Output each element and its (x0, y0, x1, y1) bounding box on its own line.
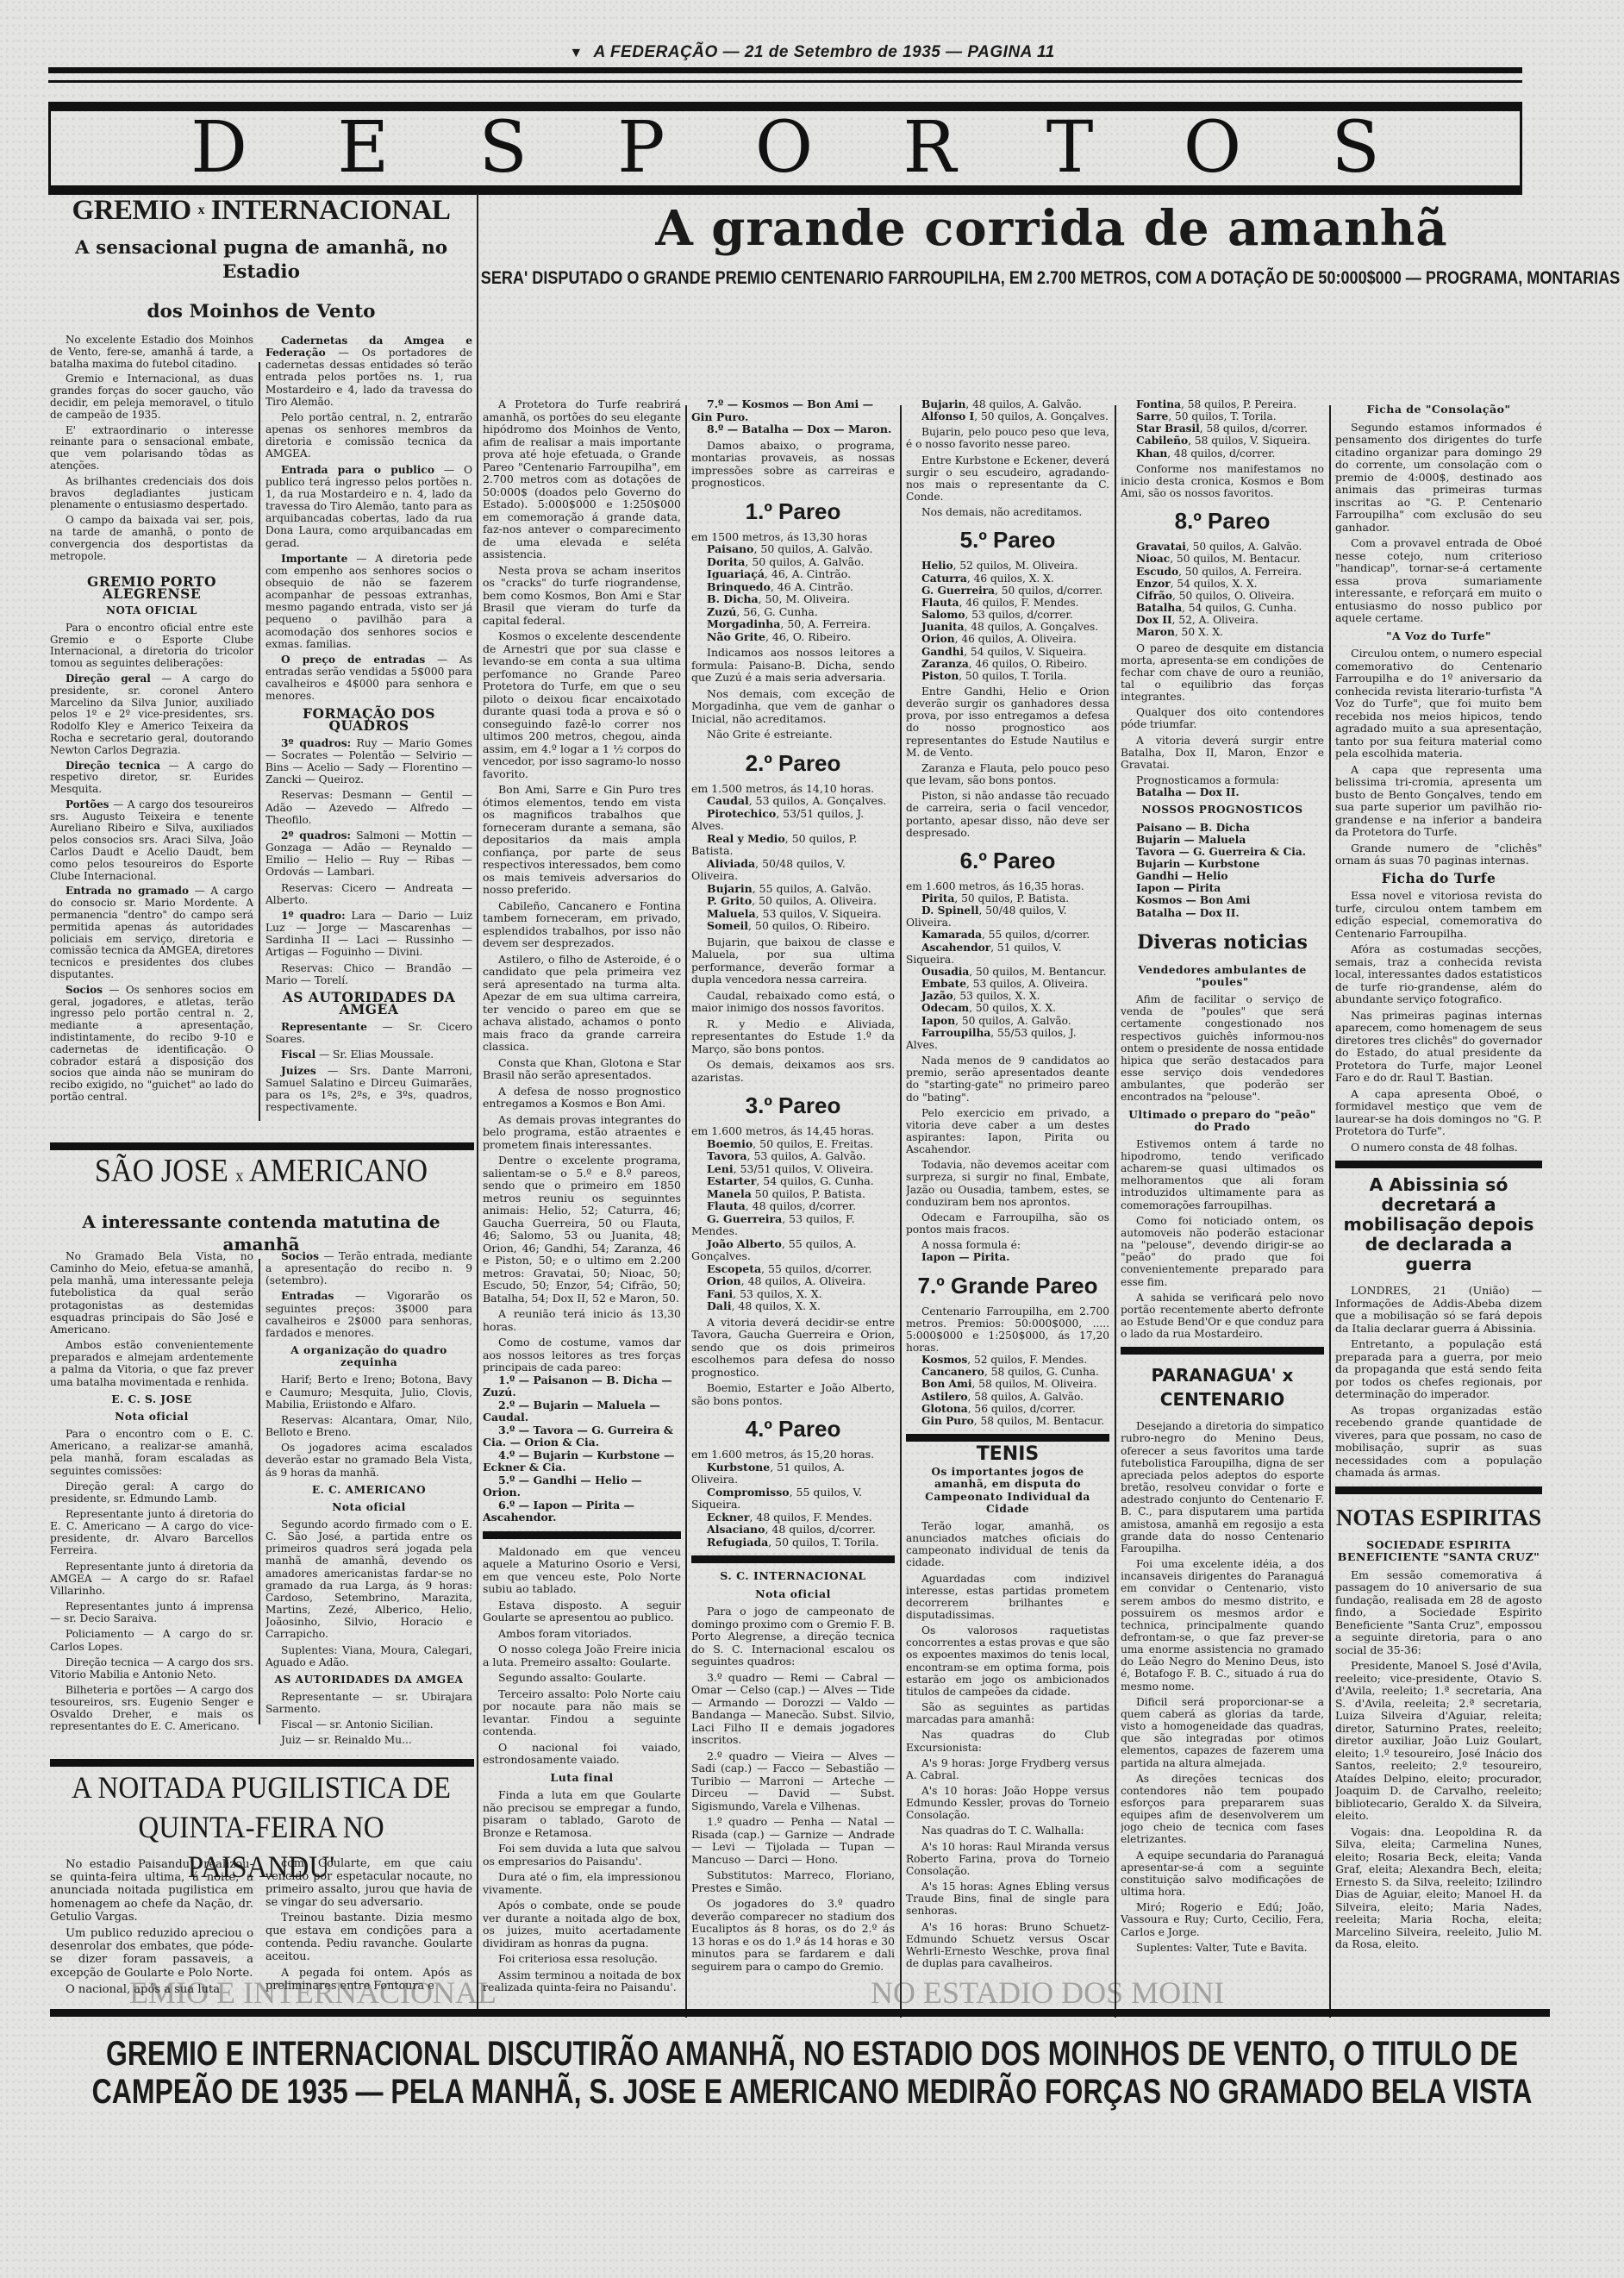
horse-name: Maluela (707, 907, 756, 920)
horse-entry: Fontina, 58 quilos, P. Pereira. (1121, 398, 1324, 410)
boxe-paragraph: Treinou bastante. Dizia mesmo que estava… (265, 1912, 472, 1963)
paranagua-paragraph: A equipe secundaria do Paranaguá apresen… (1121, 1849, 1324, 1899)
club-heading: E. C. S. JOSE (50, 1393, 253, 1405)
horse-entry: Bujarin, 48 quilos, A. Galvão. (906, 398, 1109, 410)
horse-name: Real y Medio (707, 832, 785, 845)
horse-name: Caudal (707, 794, 749, 807)
horse-entry: Real y Medio, 50 quilos, P. Batista. (691, 833, 895, 858)
horse-entry: Ascahendor, 51 quilos, V. Siqueira. (906, 942, 1109, 966)
deliberation-item: O preço de entradas — As entradas serão … (265, 654, 472, 703)
deliberation-item: Pelo portão central, n. 2, entrarão apen… (265, 411, 472, 460)
horse-name: Zuzú (707, 605, 736, 618)
column-divider (259, 1259, 260, 1724)
horse-name: P. Grito (707, 894, 752, 907)
horse-name: Refugiada (707, 1536, 768, 1549)
corrida-column-3: Bujarin, 48 quilos, A. Galvão.Alfonso I,… (906, 398, 1109, 2002)
horse-name: Flauta (707, 1199, 746, 1212)
horse-name: Fani (707, 1287, 733, 1300)
horse-entry: Aliviada, 50/48 quilos, V. Oliveira. (691, 858, 895, 883)
horse-entry: Enzor, 54 quilos, X. X. (1121, 578, 1324, 590)
tres-forcas-item: 7.º — Kosmos — Bon Ami — Gin Puro. (691, 398, 895, 423)
pareo-note: Entre Kurbstone e Eckener, deverá surgir… (906, 454, 1109, 504)
horse-entry: G. Guerreira, 50 quilos, d/correr. (906, 585, 1109, 597)
tenis-paragraph: São as seguintes as partidas marcadas pa… (906, 1701, 1109, 1725)
horse-name: Pirita (921, 892, 954, 904)
column-divider (1329, 405, 1331, 2018)
horse-name: Brinquedo (707, 580, 771, 593)
article-paragraph: E' extraordinario o interesse reinante p… (50, 425, 253, 472)
horse-entry: Farroupilha, 55/53 quilos, J. Alves. (906, 1027, 1109, 1051)
horse-name: Paisano (707, 542, 753, 555)
tres-forcas-item: 4.º — Bujarin — Kurbstone — Eckner & Cia… (483, 1449, 681, 1474)
team-reserves: Reservas: Desmann — Gentil — Adão — Azev… (265, 789, 472, 825)
horse-entry: Iguariaçá, 46, A. Cintrão. (691, 568, 895, 581)
boxe-paragraph: Maldonado em que venceu aquele a Maturin… (483, 1546, 681, 1596)
commission-item: Bilheteria e portões — A cargo dos tesou… (50, 1684, 253, 1733)
nota-intro: Para o encontro com o E. C. Americano, a… (50, 1428, 253, 1477)
horse-name: Ascahendor (921, 942, 990, 954)
team-lineup: 2.º quadro — Vieira — Alves — Sadi (cap.… (691, 1750, 895, 1813)
prognostico-item: Bujarin — Maluela (1121, 834, 1324, 846)
horse-entry: Iapon, 50 quilos, A. Galvão. (906, 1015, 1109, 1027)
ficha-paragraph: Afóra as costumadas secções, semais, tra… (1335, 943, 1542, 1006)
boxe-paragraph: Após o combate, onde se poude ver durant… (483, 1899, 681, 1949)
nota-heading: Nota oficial (691, 1588, 895, 1601)
run-in-label: Juizes (281, 1065, 316, 1077)
horse-entry: B. Dicha, 50, M. Oliveira. (691, 593, 895, 606)
gremio-inter-column-b: Cadernetas da Amgea e Federação — Os por… (265, 335, 472, 1119)
horse-name: Kurbstone (707, 1461, 770, 1474)
pareo-note: Boemio, Estarter e João Alberto, são bon… (691, 1382, 895, 1407)
run-in-label: Cadernetas da Amgea e Federação (265, 335, 472, 359)
run-in-label: 2º quadros: (281, 829, 351, 842)
peao-paragraph: Estivemos ontem á tarde no hipodromo, te… (1121, 1138, 1324, 1211)
tres-forcas-item: 6.º — Iapon — Pirita — Ascahendor. (483, 1499, 681, 1524)
horse-entry: Astilero, 58 quilos, A. Galvão. (906, 1391, 1109, 1403)
run-in-label: 3º quadros: (281, 737, 351, 749)
horse-entry: Dorita, 50 quilos, A. Galvão. (691, 556, 895, 569)
horse-entry: Star Brasil, 58 quilos, d/correr. (1121, 422, 1324, 435)
run-in-label: 1º quadro: (281, 910, 346, 922)
horse-entry: Cabileño, 58 quilos, V. Siqueira. (1121, 435, 1324, 447)
team-lineup: Substitutos: Marreco, Floriano, Prestes … (691, 1869, 895, 1894)
commission-item: Policiamento — A cargo do sr. Carlos Lop… (50, 1628, 253, 1652)
horse-entry: G. Guerreira, 53 quilos, F. Mendes. (691, 1213, 895, 1238)
running-head-text: A FEDERAÇÃO — 21 de Setembro de 1935 — P… (594, 43, 1055, 61)
tres-forcas-item: 8.º — Batalha — Dox — Maron. (691, 423, 895, 436)
horse-entry: Helio, 52 quilos, M. Oliveira. (906, 560, 1109, 572)
americano-paragraph: Segundo acordo firmado com o E. C. São J… (265, 1518, 472, 1641)
nota-heading: Nota oficial (265, 1501, 472, 1513)
info-item: Entradas — Vigorarão os seguintes preços… (265, 1290, 472, 1339)
corrida-column-5: Ficha de "Consolação"Segundo estamos inf… (1335, 398, 1542, 2002)
article-paragraph: Gremio e Internacional, as duas grandes … (50, 373, 253, 421)
horse-name: Orion (707, 1274, 741, 1287)
pareo-heading: 8.º Pareo (1121, 506, 1324, 535)
pareo-note: Bujarin, que baixou de classe e Maluela,… (691, 936, 895, 986)
horse-entry: Sarre, 50 quilos, T. Torila. (1121, 410, 1324, 422)
deliberation-item: Cadernetas da Amgea e Federação — Os por… (265, 335, 472, 408)
pareo-note: A vitoria deverá decidir-se entre Tavora… (691, 1317, 895, 1380)
deliberation-item: Entrada para o publico — O publico terá … (265, 464, 472, 549)
corrida-paragraph: Consta que Khan, Glotona e Star Brasil n… (483, 1057, 681, 1082)
tres-forcas-item: 5.º — Gandhi — Helio — Orion. (483, 1474, 681, 1499)
pareo-formula: Batalha — Dox II. (1121, 786, 1324, 798)
show-through-text: NO ESTADIO DOS MOINI (871, 1974, 1224, 2011)
horse-entry: Brinquedo, 46 A. Cintrão. (691, 581, 895, 594)
nota-intro: Para o encontro oficial entre este Gremi… (50, 623, 253, 670)
tenis-heading: TENIS (906, 1449, 1109, 1461)
tres-forcas-item: 2.º — Bujarin — Maluela — Caudal. (483, 1399, 681, 1424)
horse-name: Gandhi (921, 646, 964, 658)
deliberation-item: Entrada no gramado — A cargo do consocio… (50, 886, 253, 980)
horse-entry: Kamarada, 55 quilos, d/correr. (906, 929, 1109, 941)
horse-entry: Gandhi, 54 quilos, V. Siqueira. (906, 646, 1109, 658)
section-rule (483, 1531, 681, 1539)
horse-entry: Jazão, 53 quilos, X. X. (906, 990, 1109, 1002)
horse-entry: João Alberto, 55 quilos, A. Gonçalves. (691, 1238, 895, 1263)
prognostico-item: Batalha — Dox II. (1121, 907, 1324, 919)
triangle-marker-icon: ▼ (569, 46, 583, 60)
horse-entry: Alfonso I, 50 quilos, A. Gonçalves. (906, 410, 1109, 422)
horse-name: Iapon (921, 1015, 955, 1027)
official-item: Fiscal — Sr. Elias Moussale. (265, 1048, 472, 1061)
paranagua-paragraph: Desejando a diretoria do simpatico rubro… (1121, 1420, 1324, 1555)
horse-entry: Dox II, 52, A. Oliveira. (1121, 614, 1324, 626)
team-lineup: Os jogadores do 3.º quadro deverão compa… (691, 1898, 895, 1973)
horse-name: Embate (921, 978, 966, 990)
horse-name: B. Dicha (707, 592, 759, 605)
ficha-paragraph: Nas primeiras paginas internas aparecem,… (1335, 1010, 1542, 1085)
horse-name: Bon Ami (921, 1378, 972, 1390)
voz-paragraph: Grande numero de "clichês" ornam ás suas… (1335, 842, 1542, 867)
horse-name: Eckner (707, 1511, 749, 1524)
gremio-inter-deck: A sensacional pugna de amanhã, no Estadi… (50, 236, 472, 285)
horse-name: Star Brasil (1136, 422, 1200, 435)
team-lineup: 2º quadros: Salmoni — Mottin — Gonzaga —… (265, 829, 472, 879)
horse-entry: Batalha, 54 quilos, G. Cunha. (1121, 602, 1324, 614)
commission-item: Direção tecnica — A cargo dos srs. Vitor… (50, 1656, 253, 1680)
pareo-note: A vitoria deverá surgir entre Batalha, D… (1121, 735, 1324, 771)
corrida-paragraph: Astilero, o filho de Asteroide, é o cand… (483, 954, 681, 1054)
abissinia-paragraph: Entretanto, a população está preparada p… (1335, 1338, 1542, 1401)
horse-name: Escopeta (707, 1262, 761, 1275)
voz-heading: "A Voz do Turfe" (1335, 630, 1542, 643)
horse-name: Batalha (1136, 602, 1182, 614)
program-intro: Damos abaixo, o programa, montarias prov… (691, 440, 895, 490)
pareo-note: Entre Gandhi, Helio e Orion deverão surg… (906, 685, 1109, 759)
corrida-column-2: 7.º — Kosmos — Bon Ami — Gin Puro.8.º — … (691, 398, 895, 2002)
pareo-note: Não Grite é estreiante. (691, 729, 895, 742)
horse-entry: Maron, 50 X. X. (1121, 626, 1324, 638)
horse-entry: Manela 50 quilos, P. Batista. (691, 1188, 895, 1201)
horse-name: Tavora (707, 1149, 747, 1162)
nota-intro: Para o jogo de campeonato de domingo pro… (691, 1605, 895, 1668)
tenis-paragraph: Aguardadas com indizivel interesse, esta… (906, 1573, 1109, 1622)
horse-entry: Glotona, 56 quilos, d/correr. (906, 1403, 1109, 1415)
masthead-letter: E (337, 113, 389, 184)
section-rule (50, 1759, 474, 1767)
pareo-heading: 2.º Pareo (691, 748, 895, 778)
masthead-letter: R (903, 113, 957, 184)
boxe-paragraph: Segundo assalto: Goularte. (483, 1672, 681, 1685)
horse-name: Não Grite (707, 630, 765, 643)
corrida-paragraph: As demais provas integrantes do belo pro… (483, 1114, 681, 1152)
pareo-note: Conforme nos manifestamos no inicio dest… (1121, 463, 1324, 499)
column-divider (477, 193, 478, 2017)
pareo-note: Nada menos de 9 candidatos ao premio, se… (906, 1055, 1109, 1104)
boxe-paragraph: com Goularte, em que caiu vencido por es… (265, 1858, 472, 1909)
section-rule (50, 1142, 474, 1150)
team-reserves: Reservas: Chico — Brandão — Mario — Tore… (265, 962, 472, 986)
horse-entry: Compromisso, 55 quilos, V. Siqueira. (691, 1486, 895, 1511)
masthead-letter: P (617, 113, 665, 184)
ficha-paragraph: Essa novel e vitoriosa revista do turfe,… (1335, 890, 1542, 940)
voz-paragraph: A capa que representa uma belissima tri-… (1335, 764, 1542, 839)
horse-name: Iguariaçá (707, 567, 765, 580)
horse-name: Escudo (1136, 566, 1178, 578)
paranagua-paragraph: As direções tecnicas dos contendores não… (1121, 1773, 1324, 1846)
horse-entry: Não Grite, 46, O. Ribeiro. (691, 631, 895, 644)
sao-jose-column-a: No Gramado Bela Vista, no Caminho do Mei… (50, 1250, 253, 1755)
pareo-note: Nos demais, com exceção de Morgadinha, q… (691, 688, 895, 726)
horse-name: Bujarin (707, 882, 753, 895)
prognosticos-heading: NOSSOS PROGNOSTICOS (1121, 804, 1324, 816)
column-divider (1115, 405, 1116, 2018)
commission-item: Representante junto á diretoria da AMGEA… (50, 1561, 253, 1597)
notas-paragraph: Presidente, Manoel S. José d'Avila, reel… (1335, 1660, 1542, 1823)
horse-entry: Someil, 50 quilos, O. Ribeiro. (691, 920, 895, 933)
team-lineup: 1º quadro: Lara — Dario — Luiz Luz — Jor… (265, 910, 472, 959)
horse-entry: Orion, 48 quilos, A. Oliveira. (691, 1275, 895, 1288)
masthead-letter: S (479, 113, 528, 184)
ficha-heading: Ficha do Turfe (1335, 873, 1542, 886)
pareo-note: Piston, si não andasse tão recuado de ca… (906, 790, 1109, 839)
horse-entry: Flauta, 48 quilos, d/correr. (691, 1200, 895, 1213)
americano-paragraph: Suplentes: Viana, Moura, Calegari, Aguad… (265, 1644, 472, 1668)
pareo-info: em 1.600 metros, ás 14,45 horas. (691, 1125, 895, 1138)
horse-name: Cifrão (1136, 590, 1172, 602)
org-heading: A organização do quadro zequinha (265, 1344, 472, 1368)
gremio-inter-column-a: No excelente Estadio dos Moinhos de Vent… (50, 335, 253, 1119)
horse-entry: Juanita, 48 quilos, A. Gonçalves. (906, 621, 1109, 633)
horse-name: Dorita (707, 555, 745, 568)
paranagua-heading: PARANAGUA' x CENTENARIO (1121, 1363, 1324, 1411)
horse-entry: Escudo, 50 quilos, A. Ferreira. (1121, 566, 1324, 578)
pareo-note: Bujarin, pelo pouco peso que leva, é o n… (906, 426, 1109, 450)
run-in-label: Entrada no gramado (66, 885, 189, 897)
club-heading: E. C. AMERICANO (265, 1484, 472, 1496)
horse-entry: Escopeta, 55 quilos, d/correr. (691, 1263, 895, 1276)
tenis-paragraph: Os valorosos raquetistas concorrentes a … (906, 1624, 1109, 1698)
prognostico-item: Tavora — G. Guerreira & Cia. (1121, 846, 1324, 858)
horse-name: Astilero (921, 1391, 968, 1403)
team-lineup: 3º quadros: Ruy — Mario Gomes — Socrates… (265, 737, 472, 786)
pareo-info: em 1.500 metros, ás 14,10 horas. (691, 783, 895, 796)
consolacao-paragraph: Segundo estamos informados é pensamento … (1335, 422, 1542, 535)
corrida-paragraph: Como de costume, vamos dar aos nossos le… (483, 1336, 681, 1374)
pareo-heading: 7.º Grande Pareo (906, 1271, 1109, 1300)
horse-entry: Khan, 48 quilos, d/correr. (1121, 447, 1324, 460)
horse-entry: Gin Puro, 58 quilos, M. Bentacur. (906, 1415, 1109, 1427)
horse-name: Manela (707, 1187, 752, 1200)
horse-entry: Paisano, 50 quilos, A. Galvão. (691, 543, 895, 556)
tenis-paragraph: Terão logar, amanhã, os anunciados match… (906, 1520, 1109, 1569)
pareo-note: A nossa formula é: (906, 1239, 1109, 1251)
run-in-label: Importante (281, 553, 347, 565)
boxe-paragraph: Terceiro assalto: Polo Norte caiu por no… (483, 1688, 681, 1738)
horse-name: Salomo (921, 609, 965, 621)
lineup-paragraph: Reservas: Alcantara, Omar, Nilo, Belloto… (265, 1414, 472, 1438)
abissinia-paragraph: LONDRES, 21 (União) — Informações de Add… (1335, 1285, 1542, 1335)
autoridades-heading: AS AUTORIDADES DA AMGEA (265, 1674, 472, 1686)
ficha-paragraph: O numero consta de 48 folhas. (1335, 1142, 1542, 1155)
pareo-heading: 6.º Pareo (906, 846, 1109, 875)
prognostico-item: Iapon — Pirita (1121, 882, 1324, 894)
corrida-paragraph: Nesta prova se acham inseritos os "crack… (483, 565, 681, 628)
column-divider (259, 362, 260, 1121)
horse-entry: Ousadia, 50 quilos, M. Bentancur. (906, 966, 1109, 978)
horse-entry: Fani, 53 quilos, X. X. (691, 1288, 895, 1301)
horse-entry: Morgadinha, 50, A. Ferreira. (691, 618, 895, 631)
show-through-text: EMIO E INTERNACIONAL (129, 1974, 497, 2011)
deliberation-item: Portões — A cargo dos tesoureiros srs. A… (50, 799, 253, 883)
spacer (50, 562, 253, 571)
horse-name: Farroupilha (921, 1027, 990, 1039)
boxe-paragraph: Foi criteriosa essa resolução. (483, 1953, 681, 1966)
horse-name: Boemio (707, 1137, 753, 1150)
horse-name: G. Guerreira (921, 585, 995, 597)
masthead-letter: O (1184, 113, 1241, 184)
horse-entry: D. Spinell, 50/48 quilos, V. Oliveira. (906, 904, 1109, 929)
luta-final-heading: Luta final (483, 1772, 681, 1785)
column-divider (685, 405, 687, 2018)
commission-item: Direção geral: A cargo do presidente, sr… (50, 1480, 253, 1505)
corrida-title: A grande corrida de amanhã (479, 200, 1624, 257)
horse-entry: Bon Ami, 58 quilos, M. Oliveira. (906, 1378, 1109, 1390)
masthead-letter: T (1046, 113, 1094, 184)
sao-jose-column-b: Socios — Terão entrada, mediante a apres… (265, 1250, 472, 1755)
tenis-paragraph: A's 16 horas: Bruno Schuetz-Edmundo Schu… (906, 1921, 1109, 1970)
horse-name: Aliviada (707, 857, 755, 870)
pareo-note: O pareo de desquite em distancia morta, … (1121, 642, 1324, 704)
pareo-note: Caudal, rebaixado como está, o maior ini… (691, 990, 895, 1015)
run-in-label: Socios (66, 984, 103, 996)
horse-entry: Kosmos, 52 quilos, F. Mendes. (906, 1354, 1109, 1366)
horse-name: Zaranza (921, 658, 969, 670)
horse-name: João Alberto (707, 1237, 782, 1250)
horse-name: Juanita (921, 621, 965, 633)
pareo-heading: 5.º Pareo (906, 525, 1109, 554)
article-paragraph: No Gramado Bela Vista, no Caminho do Mei… (50, 1250, 253, 1336)
horse-name: Orion (921, 633, 955, 645)
commission-item: Representantes junto á imprensa — sr. De… (50, 1600, 253, 1624)
pareo-note: Indicamos aos nossos leitores a formula:… (691, 647, 895, 685)
deliberation-item: Importante — A diretoria pede com empenh… (265, 553, 472, 650)
horse-entry: Leni, 53/51 quilos, V. Oliveira. (691, 1163, 895, 1176)
horse-name: Enzor (1136, 578, 1171, 590)
ficha-paragraph: A capa apresenta Oboé, o formidavel mest… (1335, 1088, 1542, 1138)
horse-name: Kamarada (921, 929, 982, 941)
run-in-label: Representante (281, 1021, 367, 1033)
gremio-inter-kicker: GREMIO x INTERNACIONAL (50, 193, 472, 228)
run-in-label: O preço de entradas (281, 654, 425, 666)
paranagua-paragraph: Miró; Rogerio e Edú; João, Vassoura e Ru… (1121, 1901, 1324, 1937)
horse-name: Helio (921, 560, 953, 572)
horse-name: Jazão (921, 990, 953, 1002)
horse-entry: Flauta, 46 quilos, F. Mendes. (906, 597, 1109, 609)
horse-entry: Tavora, 53 quilos, A. Galvão. (691, 1150, 895, 1163)
horse-entry: Zaranza, 46 quilos, O. Ribeiro. (906, 658, 1109, 670)
horse-name: Sarre (1136, 410, 1168, 422)
horse-entry: Embate, 53 quilos, A. Oliveira. (906, 978, 1109, 990)
pareo-note: Todavia, não devemos aceitar com surprez… (906, 1159, 1109, 1208)
nota-heading: Nota oficial (50, 1411, 253, 1423)
pareo-note: Nos demais, não acreditamos. (906, 506, 1109, 518)
paranagua-paragraph: Foi uma excelente idéia, a dos incansave… (1121, 1558, 1324, 1693)
boxe-paragraph: No estadio Paisandu', realizou-se quinta… (50, 1858, 253, 1924)
deliberation-item: Direção tecnica — A cargo do respetivo d… (50, 760, 253, 796)
pareo-info: em 1500 metros, ás 13,30 horas (691, 531, 895, 544)
peao-heading: Ultimado o preparo do "peão" do Prado (1121, 1109, 1324, 1133)
horse-entry: Caudal, 53 quilos, A. Gonçalves. (691, 795, 895, 808)
horse-entry: Pirita, 50 quilos, P. Batista. (906, 892, 1109, 904)
article-paragraph: As brilhantes credenciais dos dois bravo… (50, 476, 253, 511)
horse-entry: Dali, 48 quilos, X. X. (691, 1300, 895, 1313)
horse-name: Leni (707, 1162, 734, 1175)
pareo-note: Os demais, deixamos aos srs. azaristas. (691, 1059, 895, 1084)
official-item: Fiscal — sr. Antonio Sicilian. (265, 1718, 472, 1730)
club-heading: S. C. INTERNACIONAL (691, 1570, 895, 1583)
tenis-deck: Os importantes jogos de amanhã, em dispu… (906, 1466, 1109, 1515)
horse-entry: Kurbstone, 51 quilos, A. Oliveira. (691, 1461, 895, 1486)
boxe-paragraph: Foi sem duvida a luta que salvou os empr… (483, 1843, 681, 1868)
sociedade-heading: SOCIEDADE ESPIRITA BENEFICIENTE "SANTA C… (1335, 1539, 1542, 1564)
horse-name: Cabileño (1136, 435, 1188, 447)
consolacao-heading: Ficha de "Consolação" (1335, 404, 1542, 416)
horse-entry: Cancanero, 58 quilos, G. Cunha. (906, 1366, 1109, 1378)
tenis-paragraph: A's 9 horas: Jorge Frydberg versus A. Ca… (906, 1757, 1109, 1781)
horse-name: Flauta (921, 597, 959, 609)
section-rule (1335, 1486, 1542, 1494)
prognostico-item: Paisano — B. Dicha (1121, 822, 1324, 834)
horse-entry: Caturra, 46 quilos, X. X. (906, 573, 1109, 585)
horse-entry: Salomo, 53 quilos, d/correr. (906, 609, 1109, 621)
notas-paragraph: Em sessão comemorativa á passagem do 10 … (1335, 1569, 1542, 1657)
corrida-paragraph: A reunião terá inicio ás 13,30 horas. (483, 1308, 681, 1333)
horse-name: Bujarin (921, 398, 965, 410)
corrida-paragraph: A defesa de nosso prognostico entregamos… (483, 1086, 681, 1111)
horse-name: Alfonso I (921, 410, 974, 422)
section-rule (1335, 1161, 1542, 1168)
team-lineup: 3.º quadro — Remi — Cabral — Omar — Cels… (691, 1672, 895, 1747)
horse-entry: Estarter, 54 quilos, G. Cunha. (691, 1175, 895, 1188)
sao-jose-deck: A interessante contenda matutina de aman… (50, 1211, 472, 1255)
gremio-inter-headline: GREMIO x INTERNACIONAL A sensacional pug… (50, 193, 472, 324)
horse-name: Maron (1136, 626, 1175, 638)
horse-entry: Maluela, 53 quilos, V. Siqueira. (691, 908, 895, 921)
corrida-subhead: SERA' DISPUTADO O GRANDE PREMIO CENTENAR… (481, 264, 1622, 293)
run-in-label: Entrada para o publico (281, 464, 434, 476)
horse-entry: Gravatai, 50 quilos, A. Galvão. (1121, 541, 1324, 553)
boxe-paragraph: Ambos foram vitoriados. (483, 1628, 681, 1641)
diversas-heading: Diveras noticias (1121, 929, 1324, 955)
corrida-column-4: Fontina, 58 quilos, P. Pereira.Sarre, 50… (1121, 398, 1324, 2002)
horse-name: Gravatai (1136, 541, 1186, 553)
abissinia-paragraph: As tropas organizadas estão recebendo gr… (1335, 1405, 1542, 1480)
prognostico-item: Kosmos — Bon Ami (1121, 894, 1324, 906)
peao-paragraph: Como foi noticiado ontem, os automoveis … (1121, 1215, 1324, 1288)
